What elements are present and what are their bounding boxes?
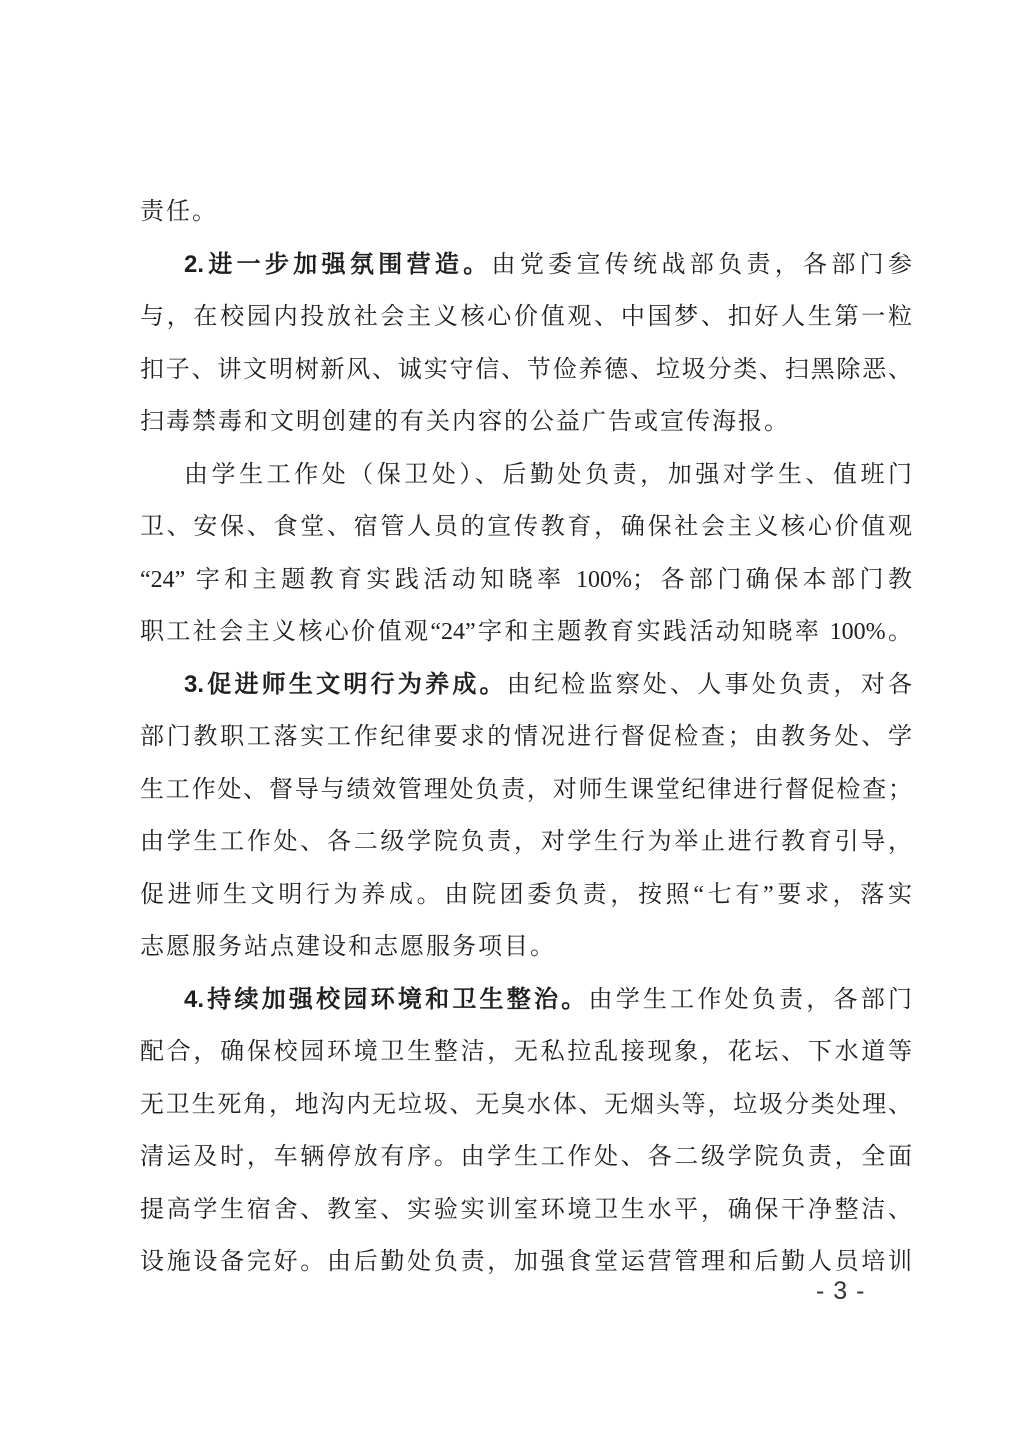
text-run: 由党委宣传统战部负责，各部门参 xyxy=(492,252,912,278)
text-run: 卫、安保、食堂、宿管人员的宣传教育，确保社会主义核心价值观 xyxy=(140,514,912,540)
text-line: 志愿服务站点建设和志愿服务项目。 xyxy=(140,921,912,974)
text-line: 部门教职工落实工作纪律要求的情况进行督促检查；由教务处、学 xyxy=(140,711,912,764)
text-line: 促进师生文明行为养成。由院团委负责，按照“七有”要求，落实 xyxy=(140,869,912,922)
text-run: 生工作处、督导与绩效管理处负责，对师生课堂纪律进行督促检查； xyxy=(140,777,912,803)
text-line: 生工作处、督导与绩效管理处负责，对师生课堂纪律进行督促检查； xyxy=(140,764,912,817)
section-heading: 4.持续加强校园环境和卫生整治。 xyxy=(184,986,588,1013)
text-run: 由学生工作处（保卫处）、后勤处负责，加强对学生、值班门 xyxy=(184,462,912,488)
text-line: 职工社会主义核心价值观“24”字和主题教育实践活动知晓率 100%。 xyxy=(140,606,912,659)
text-run: 清运及时，车辆停放有序。由学生工作处、各二级学院负责，全面 xyxy=(140,1144,912,1170)
text-line: 设施设备完好。由后勤处负责，加强食堂运营管理和后勤人员培训 xyxy=(140,1236,912,1289)
text-line: “24” 字和主题教育实践活动知晓率 100%；各部门确保本部门教 xyxy=(140,554,912,607)
text-line: 无卫生死角，地沟内无垃圾、无臭水体、无烟头等，垃圾分类处理、 xyxy=(140,1079,912,1132)
text-line: 4.持续加强校园环境和卫生整治。由学生工作处负责，各部门 xyxy=(140,974,912,1027)
text-line: 2.进一步加强氛围营造。由党委宣传统战部负责，各部门参 xyxy=(140,239,912,292)
text-run: 无卫生死角，地沟内无垃圾、无臭水体、无烟头等，垃圾分类处理、 xyxy=(140,1092,912,1118)
text-run: 扣子、讲文明树新风、诚实守信、节俭养德、垃圾分类、扫黑除恶、 xyxy=(140,357,912,383)
text-run: 职工社会主义核心价值观“24”字和主题教育实践活动知晓率 100%。 xyxy=(140,619,912,645)
page-number: - 3 - xyxy=(816,1266,865,1316)
text-line: 由学生工作处、各二级学院负责，对学生行为举止进行教育引导， xyxy=(140,816,912,869)
text-line: 扫毒禁毒和文明创建的有关内容的公益广告或宣传海报。 xyxy=(140,396,912,449)
text-run: “24” 字和主题教育实践活动知晓率 100%；各部门确保本部门教 xyxy=(140,567,912,593)
document-body: 责任。2.进一步加强氛围营造。由党委宣传统战部负责，各部门参与，在校园内投放社会… xyxy=(140,186,912,1289)
text-run: 由学生工作处负责，各部门 xyxy=(588,987,912,1013)
text-run: 部门教职工落实工作纪律要求的情况进行督促检查；由教务处、学 xyxy=(140,724,912,750)
document-page: 责任。2.进一步加强氛围营造。由党委宣传统战部负责，各部门参与，在校园内投放社会… xyxy=(0,0,1024,1448)
text-line: 3.促进师生文明行为养成。由纪检监察处、人事处负责，对各 xyxy=(140,659,912,712)
section-heading: 3.促进师生文明行为养成。 xyxy=(184,671,507,698)
text-run: 促进师生文明行为养成。由院团委负责，按照“七有”要求，落实 xyxy=(140,882,912,908)
text-run: 由纪检监察处、人事处负责，对各 xyxy=(507,672,912,698)
text-run: 志愿服务站点建设和志愿服务项目。 xyxy=(140,934,556,960)
text-run: 配合，确保校园环境卫生整洁，无私拉乱接现象，花坛、下水道等 xyxy=(140,1039,912,1065)
text-line: 卫、安保、食堂、宿管人员的宣传教育，确保社会主义核心价值观 xyxy=(140,501,912,554)
text-run: 责任。 xyxy=(140,199,218,225)
text-line: 清运及时，车辆停放有序。由学生工作处、各二级学院负责，全面 xyxy=(140,1131,912,1184)
text-run: 扫毒禁毒和文明创建的有关内容的公益广告或宣传海报。 xyxy=(140,409,790,435)
text-run: 提高学生宿舍、教室、实验实训室环境卫生水平，确保干净整洁、 xyxy=(140,1197,912,1223)
text-line: 与，在校园内投放社会主义核心价值观、中国梦、扣好人生第一粒 xyxy=(140,291,912,344)
text-line: 配合，确保校园环境卫生整洁，无私拉乱接现象，花坛、下水道等 xyxy=(140,1026,912,1079)
section-heading: 2.进一步加强氛围营造。 xyxy=(184,251,492,278)
text-run: 设施设备完好。由后勤处负责，加强食堂运营管理和后勤人员培训 xyxy=(140,1249,912,1275)
text-line: 责任。 xyxy=(140,186,912,239)
text-line: 由学生工作处（保卫处）、后勤处负责，加强对学生、值班门 xyxy=(140,449,912,502)
text-line: 提高学生宿舍、教室、实验实训室环境卫生水平，确保干净整洁、 xyxy=(140,1184,912,1237)
text-line: 扣子、讲文明树新风、诚实守信、节俭养德、垃圾分类、扫黑除恶、 xyxy=(140,344,912,397)
text-run: 与，在校园内投放社会主义核心价值观、中国梦、扣好人生第一粒 xyxy=(140,304,912,330)
text-run: 由学生工作处、各二级学院负责，对学生行为举止进行教育引导， xyxy=(140,829,912,855)
